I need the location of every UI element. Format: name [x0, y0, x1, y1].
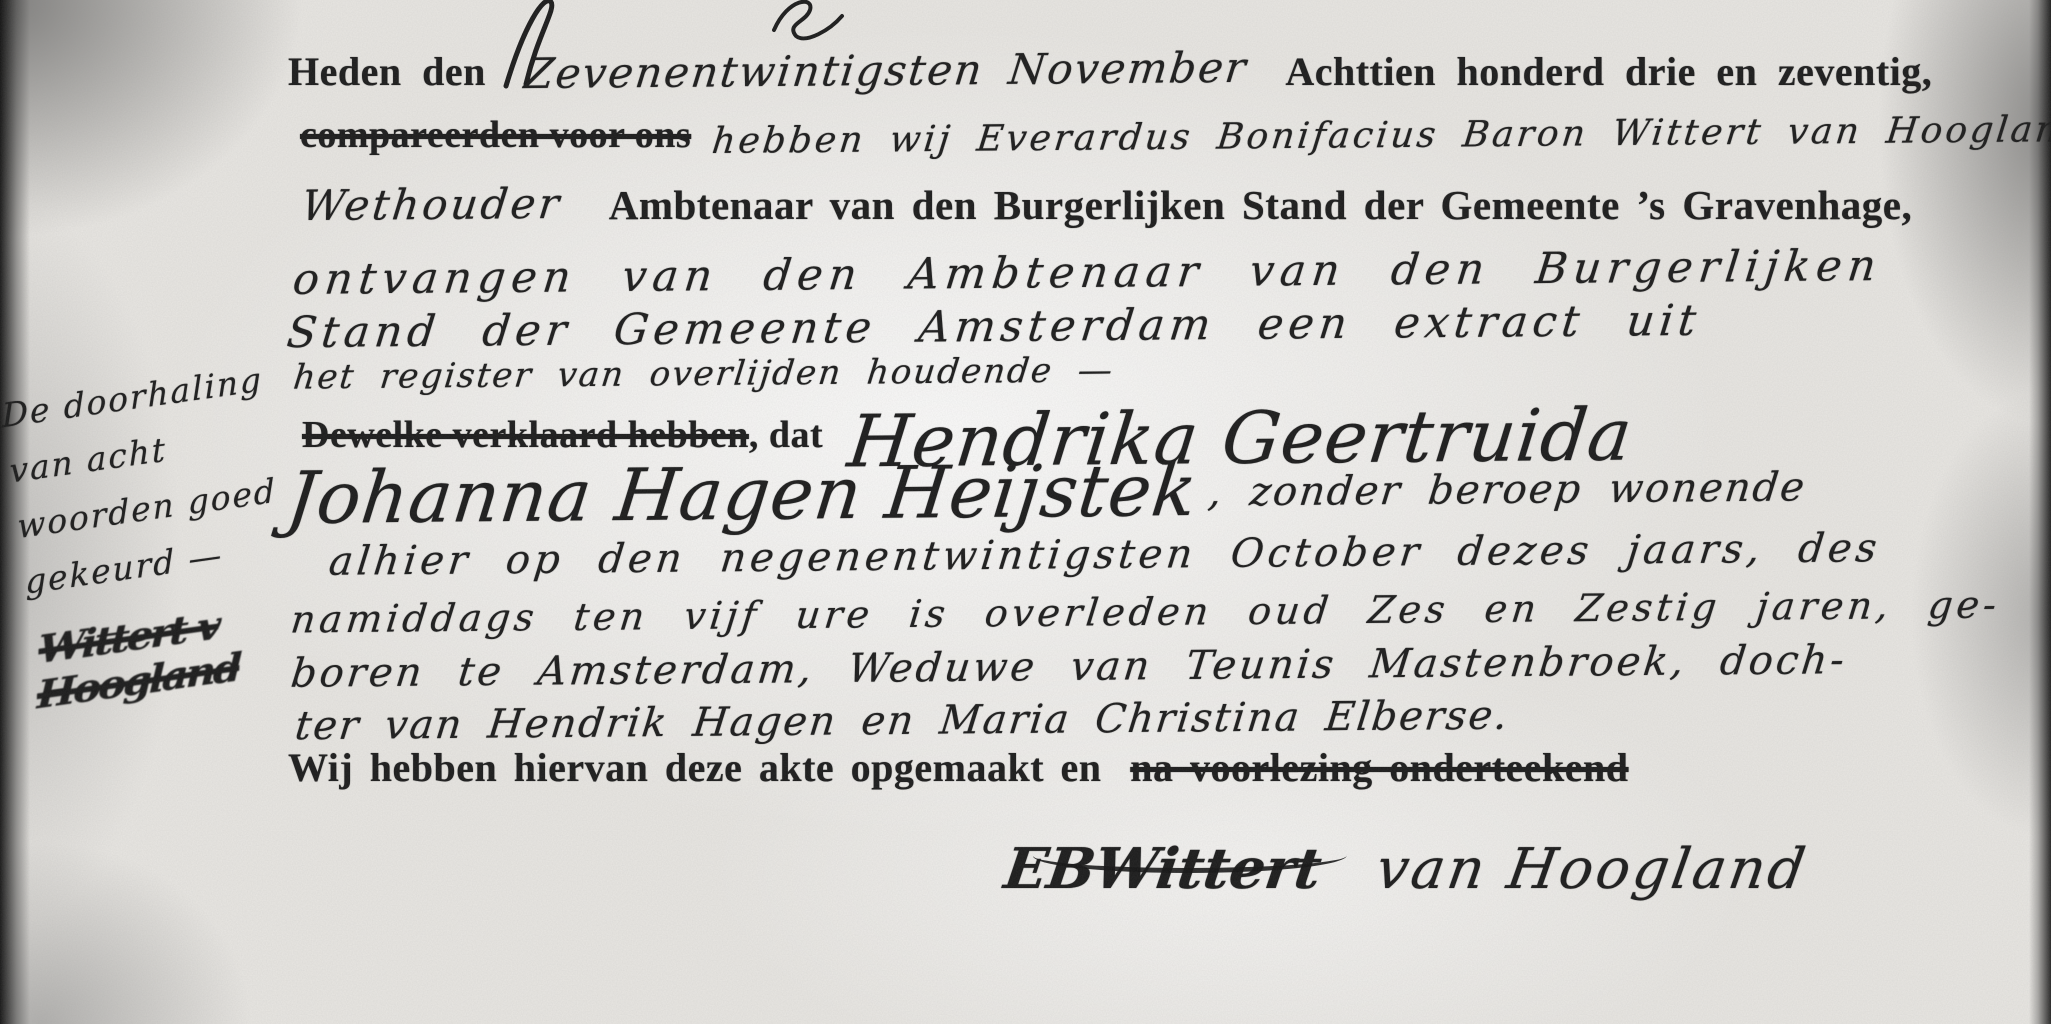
margin-signature: Wittert v Hoogland	[36, 590, 306, 717]
signature-name: EBWittert	[1000, 836, 1325, 902]
struck-preprinted-text: compareerden voor ons	[300, 113, 691, 157]
signature-suffix: van Hoogland	[1372, 837, 1813, 902]
handwritten-text: boren te Amsterdam, Weduwe van Teunis Ma…	[289, 637, 1850, 697]
struck-preprinted-closing: na voorlezing onderteekend	[1130, 744, 1628, 791]
ink-flourish	[768, 0, 848, 42]
registrar-signature: EBWittert van Hoogland	[1005, 836, 1807, 902]
handwritten-text: het register van overlijden houdende —	[291, 350, 1116, 397]
act-line-parents: ter van Hendrik Hagen en Maria Christina…	[296, 698, 1509, 744]
handwritten-day-month: Zevenentwintigsten November	[521, 43, 1249, 98]
handwritten-text: alhier op den negenentwintigsten October…	[327, 525, 1883, 585]
preprinted-office: Ambtenaar van den Burgerlijken Stand der…	[609, 181, 1913, 229]
preprinted-text: Heden den	[288, 48, 486, 95]
act-line-widow: boren te Amsterdam, Weduwe van Teunis Ma…	[292, 644, 1846, 690]
act-line-registrar: compareerden voor ons hebben wij Everard…	[300, 112, 2051, 157]
deceased-name-part2: Johanna Hagen Heijstek	[283, 448, 1202, 540]
margin-approval-note: De doorhaling van acht woorden goed geke…	[0, 351, 312, 721]
struck-preprinted-text: Dewelke verklaard hebben	[302, 413, 749, 457]
death-certificate-scan: De doorhaling van acht woorden goed geke…	[0, 0, 2051, 1024]
act-line-date: Heden den Zevenentwintigsten November Ac…	[288, 46, 1932, 95]
preprinted-closing: Wij hebben hiervan deze akte opgemaakt e…	[288, 744, 1102, 791]
preprinted-year: Achttien honderd drie en zeventig,	[1285, 48, 1932, 95]
act-line-received: ontvangen van den Ambtenaar van den Burg…	[294, 248, 1881, 298]
act-line-death-time-age: namiddags ten vijf ure is overleden oud …	[292, 590, 1999, 634]
act-line-name: Johanna Hagen Heijstek, zonder beroep wo…	[288, 452, 1805, 536]
act-line-office: Wethouder Ambtenaar van den Burgerlijken…	[302, 180, 1912, 229]
act-line-closing: Wij hebben hiervan deze akte opgemaakt e…	[288, 744, 1629, 791]
handwritten-title: Wethouder	[299, 179, 565, 230]
act-line-amsterdam: Stand der Gemeente Amsterdam een extract…	[288, 302, 1700, 352]
act-line-register: het register van overlijden houdende —	[294, 354, 1114, 394]
handwritten-registrar-name: hebben wij Everardus Bonifacius Baron Wi…	[710, 109, 2051, 162]
preprinted-dat: , dat	[749, 413, 823, 457]
act-line-death-date: alhier op den negenentwintigsten October…	[330, 532, 1880, 578]
handwritten-text: Stand der Gemeente Amsterdam een extract…	[284, 296, 1703, 358]
handwritten-text: ter van Hendrik Hagen en Maria Christina…	[293, 693, 1512, 750]
handwritten-text: namiddags ten vijf ure is overleden oud …	[289, 583, 2003, 642]
handwritten-text: , zonder beroep wonende	[1206, 464, 1809, 515]
